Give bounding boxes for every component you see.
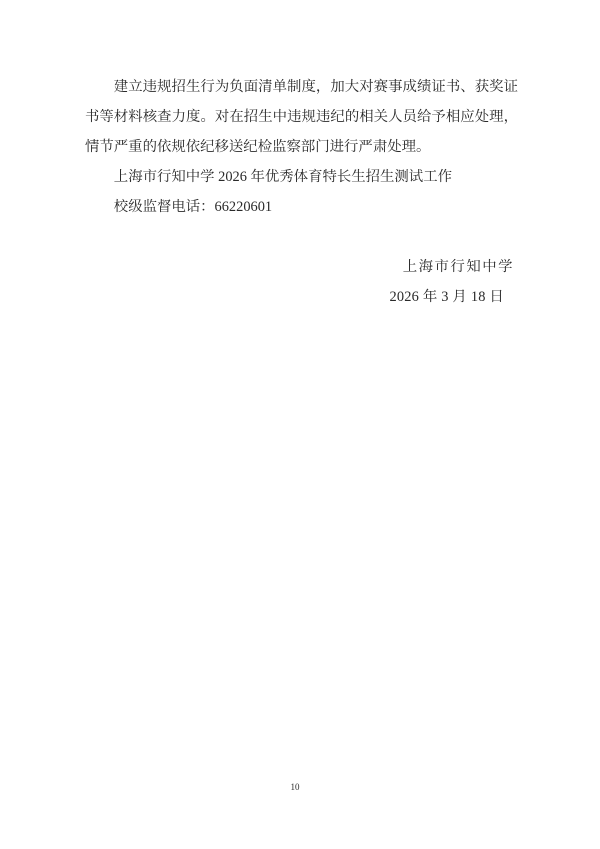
document-page: 建立违规招生行为负面清单制度，加大对赛事成绩证书、获奖证书等材料核查力度。对在招…: [0, 0, 600, 849]
signature-block: 上海市行知中学 2026 年 3 月 18 日: [85, 252, 518, 312]
page-number: 10: [291, 782, 300, 792]
paragraph-discipline-policy: 建立违规招生行为负面清单制度，加大对赛事成绩证书、获奖证书等材料核查力度。对在招…: [85, 72, 518, 162]
signature-organization: 上海市行知中学: [85, 252, 518, 282]
page-footer: 10: [0, 781, 590, 793]
paragraph-supervision-phone: 校级监督电话：66220601: [85, 192, 518, 222]
document-body: 建立违规招生行为负面清单制度，加大对赛事成绩证书、获奖证书等材料核查力度。对在招…: [85, 72, 518, 312]
signature-date: 2026 年 3 月 18 日: [85, 282, 518, 312]
paragraph-work-title-line: 上海市行知中学 2026 年优秀体育特长生招生测试工作: [85, 162, 518, 192]
